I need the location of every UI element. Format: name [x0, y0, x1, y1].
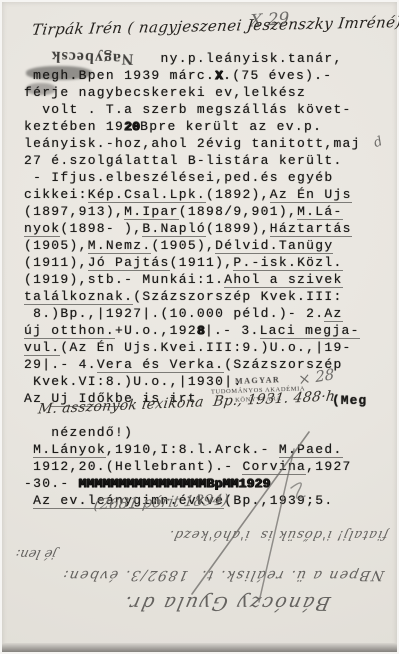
handwritten-title: Tirpák Irén ( nagyjeszenei Jeszenszky Im…	[31, 13, 393, 39]
typed-segment: (1897,913),	[24, 204, 124, 219]
typed-segment: (1899),	[206, 221, 270, 236]
typed-line: nézendő!)	[24, 424, 396, 441]
pencil-line: fiatalj! i'dősük is i'ahó'kezd.	[8, 524, 390, 544]
typed-segment: (Bp.,1939;5.	[224, 493, 333, 508]
typed-segment: 8.)Bp.,|1927|.(10.000 péld.)- 2.	[24, 306, 324, 321]
typed-segment: ,1927	[306, 459, 352, 474]
typed-line: volt . T.a szerb megszállás követ-	[24, 101, 396, 118]
typed-segment: (1905),	[24, 238, 88, 253]
typed-segment: (1892),	[206, 187, 270, 202]
typed-line: 8.)Bp.,|1927|.(10.000 péld.)- 2.Az	[24, 305, 396, 322]
typed-line: (1897,913),M.Ipar(1898/9,901),M.Lá-	[24, 203, 396, 220]
typed-line: 1912,20.(Hellebrant).- Corvina,1927	[24, 458, 396, 475]
typed-segment: Kép.Csal.Lpk.	[88, 187, 206, 203]
bottom-pencil-note: Bánóczy Gyula dr.NBpen a ü. reálisk. t. …	[10, 514, 392, 618]
typed-segment: Háztartás	[270, 221, 352, 237]
typed-segment: -30.-	[24, 476, 79, 491]
typed-line: találkoznak.(Százszorszép Kvek.III:	[24, 288, 396, 305]
typed-segment: Ahol a szivek	[224, 272, 342, 288]
typed-segment: 8	[197, 323, 205, 338]
typed-segment: férje nagybecskereki ev,lelkész	[24, 85, 306, 100]
typed-line: 29|.- 4.Vera és Verka.(Százszorszép	[24, 356, 396, 373]
typed-line: - Ifjus.elbeszélései,ped.és egyéb	[24, 169, 396, 186]
typed-segment: X	[215, 68, 223, 83]
typed-segment: - Ifjus.elbeszélései,ped.és egyéb	[24, 170, 333, 185]
typed-segment: 29|.- 4.	[24, 357, 97, 372]
card-bottom-edge	[2, 643, 397, 652]
typed-segment: Laci megja-	[260, 323, 360, 339]
typed-line: férje nagybecskereki ev,lelkész	[24, 84, 396, 101]
typed-segment: volt . T.a szerb megszállás követ-	[24, 102, 352, 117]
typed-segment: M.Lányok	[33, 442, 106, 458]
typed-segment: találkoznak.	[24, 289, 133, 305]
typed-segment: megh.Bpen 1939 márc.	[24, 68, 215, 83]
typed-segment: M.Nemz.	[88, 238, 152, 254]
pencil-note-evkve: (2681 pórit 1894)	[92, 491, 229, 514]
typed-segment: Corvina	[242, 459, 306, 475]
typed-segment: 20	[124, 119, 140, 134]
typed-segment	[24, 442, 33, 457]
typed-segment: (1911),	[170, 255, 234, 270]
typed-segment: M.Ipar	[124, 204, 179, 220]
pencil-line: jé len:	[14, 544, 394, 562]
typed-line: új otthon.+U.o.,1928|.- 3.Laci megja-	[24, 322, 396, 339]
typed-text-block: ny.p.leányisk.tanár, megh.Bpen 1939 márc…	[24, 50, 396, 509]
typed-segment: cikkei:	[24, 187, 88, 202]
typed-line: 27 é.szolgálattal B-listára került.	[24, 152, 396, 169]
typed-segment: +U.o.,192	[115, 323, 197, 338]
typed-segment: keztében 19	[24, 119, 124, 134]
typed-segment: 1912,20.(Hellebrant).-	[24, 459, 242, 474]
typed-segment: (1898/9,901),	[179, 204, 297, 219]
typed-segment: (1911),	[24, 255, 88, 270]
pencil-line: NBpen a ü. reálisk. t. 1892/3. évben:	[7, 562, 387, 588]
typed-line: keztében 1920Bpre került az ev.p.	[24, 118, 396, 135]
typed-line: megh.Bpen 1939 márc.X.(75 éves).-	[24, 67, 396, 84]
typed-segment: (Százszorszép Kvek.III:	[133, 289, 342, 304]
typed-line: vul.(Az Én Ujs.Kvei.III:9.)U.o.,|19-	[24, 339, 396, 356]
typed-segment	[24, 493, 33, 508]
typed-segment: 27 é.szolgálattal B-listára került.	[24, 153, 343, 168]
typed-segment: MMMMMMMMMMMMMMMMBpMM1929	[79, 476, 271, 491]
typed-segment: B.Napló	[142, 221, 206, 237]
typed-segment: Az Én Ujs	[270, 187, 352, 203]
pencil-line: Bánóczy Gyula dr.	[7, 588, 333, 618]
typed-segment: ny.p.leányisk.tanár,	[24, 51, 343, 66]
typed-line: (1905),M.Nemz.(1905),Délvid.Tanügy	[24, 237, 396, 254]
typed-segment: |.- 3.	[205, 323, 260, 338]
typed-line: (1911),Jó Pajtás(1911),P.-isk.Közl.	[24, 254, 396, 271]
typed-segment: (1905),	[151, 238, 215, 253]
typed-segment: ,1910,I:8.l.Arck.-	[106, 442, 279, 457]
typed-line: ny.p.leányisk.tanár,	[24, 50, 396, 67]
typed-segment: új otthon.	[24, 323, 115, 339]
typed-line: (1919),stb.- Munkái:1.Ahol a szivek	[24, 271, 396, 288]
typed-line: leányisk.-hoz,ahol 2évig tanitott,maj	[24, 135, 396, 152]
typed-fragment-meg: (Meg	[332, 393, 367, 408]
typed-segment: nyok	[24, 221, 60, 237]
typed-segment: (Az Én Ujs.Kvei.III:9.)U.o.,|19-	[60, 340, 351, 355]
typed-segment: vul.	[24, 340, 60, 356]
typed-segment: nézendő!)	[24, 425, 133, 440]
typed-segment: Vera és Verka.	[97, 357, 224, 373]
typed-segment: M.Paed.	[279, 442, 343, 458]
typed-segment: Az	[324, 306, 342, 322]
typed-segment: Bpre került az ev.p.	[140, 119, 322, 134]
typed-segment: M.Lá-	[297, 204, 343, 220]
typed-segment: P.-isk.Közl.	[233, 255, 342, 271]
typed-segment: Délvid.Tanügy	[215, 238, 333, 254]
typed-segment: (1898- ),	[60, 221, 142, 236]
typed-line: cikkei:Kép.Csal.Lpk.(1892),Az Én Ujs	[24, 186, 396, 203]
typed-line: nyok(1898- ),B.Napló(1899),Háztartás	[24, 220, 396, 237]
typed-segment: .(75 éves).-	[223, 68, 332, 83]
typed-segment: (1919),stb.- Munkái:1.	[24, 272, 224, 287]
catalog-card: X 29. Tirpák Irén ( nagyjeszenei Jeszens…	[2, 2, 397, 652]
typed-segment: leányisk.-hoz,ahol 2évig tanitott,maj	[24, 136, 361, 151]
typed-line: M.Lányok,1910,I:8.l.Arck.- M.Paed.	[24, 441, 396, 458]
typed-line: -30.- MMMMMMMMMMMMMMMMBpMM1929	[24, 475, 396, 492]
typed-segment: Jó Pajtás	[88, 255, 170, 271]
